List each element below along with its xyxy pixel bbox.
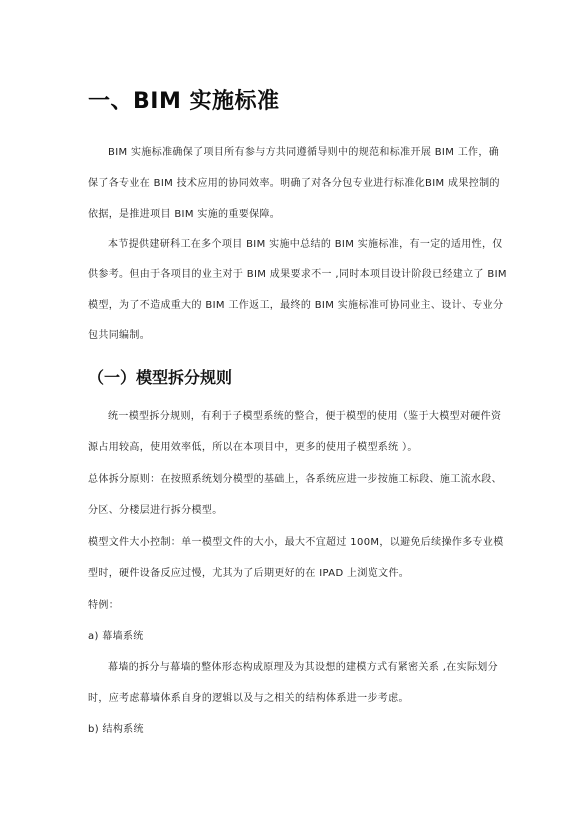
- paragraph-line: 依据，是推进项目 BIM 实施的重要保障。: [88, 208, 280, 222]
- paragraph-line: 模型文件大小控制：单一模型文件的大小，最大不宜超过 100M，以避免后续操作多专…: [88, 536, 504, 550]
- paragraph-line: 包共同编制。: [88, 329, 150, 343]
- paragraph-line: BIM 实施标准确保了项目所有参与方共同遵循导则中的规范和标准开展 BIM 工作…: [108, 146, 499, 160]
- item-a-label: a) 幕墙系统: [88, 630, 144, 644]
- paragraph-line: 型时，硬件设备反应过慢，尤其为了后期更好的在 IPAD 上浏览文件。: [88, 567, 409, 581]
- paragraph-line: 分区、分楼层进行拆分模型。: [88, 504, 223, 518]
- paragraph-line: 供参考。但由于各项目的业主对于 BIM 成果要求不一 ,同时本项目设计阶段已经建…: [88, 268, 507, 282]
- paragraph-line: 本节提供建研科工在多个项目 BIM 实施中总结的 BIM 实施标准，有一定的适用…: [108, 238, 503, 252]
- item-b-label: b) 结构系统: [88, 723, 144, 737]
- special-cases-label: 特例：: [88, 599, 119, 613]
- paragraph-line: 保了各专业在 BIM 技术应用的协同效率。明确了对各分包专业进行标准化BIM 成…: [88, 177, 500, 191]
- paragraph-line: 时，应考虑幕墙体系自身的逻辑以及与之相关的结构体系进一步考虑。: [88, 692, 409, 706]
- heading-model-split-rules: （一）模型拆分规则: [88, 365, 232, 388]
- document-page: 一、BIM 实施标准 BIM 实施标准确保了项目所有参与方共同遵循导则中的规范和…: [0, 0, 580, 820]
- paragraph-line: 模型，为了不造成重大的 BIM 工作返工，最终的 BIM 实施标准可协同业主、设…: [88, 299, 503, 313]
- heading-bim-standards: 一、BIM 实施标准: [88, 84, 280, 115]
- paragraph-line: 源占用较高，使用效率低，所以在本项目中，更多的使用子模型系统 ）。: [88, 441, 418, 455]
- paragraph-line: 统一模型拆分规则，有利于子模型系统的整合，便于模型的使用（鉴于大模型对硬件资: [108, 410, 501, 424]
- paragraph-line: 总体拆分原则：在按照系统划分模型的基础上，各系统应进一步按施工标段、施工流水段、: [88, 473, 502, 487]
- paragraph-line: 幕墙的拆分与幕墙的整体形态构成原理及为其设想的建模方式有紧密关系 ,在实际划分: [108, 661, 498, 675]
